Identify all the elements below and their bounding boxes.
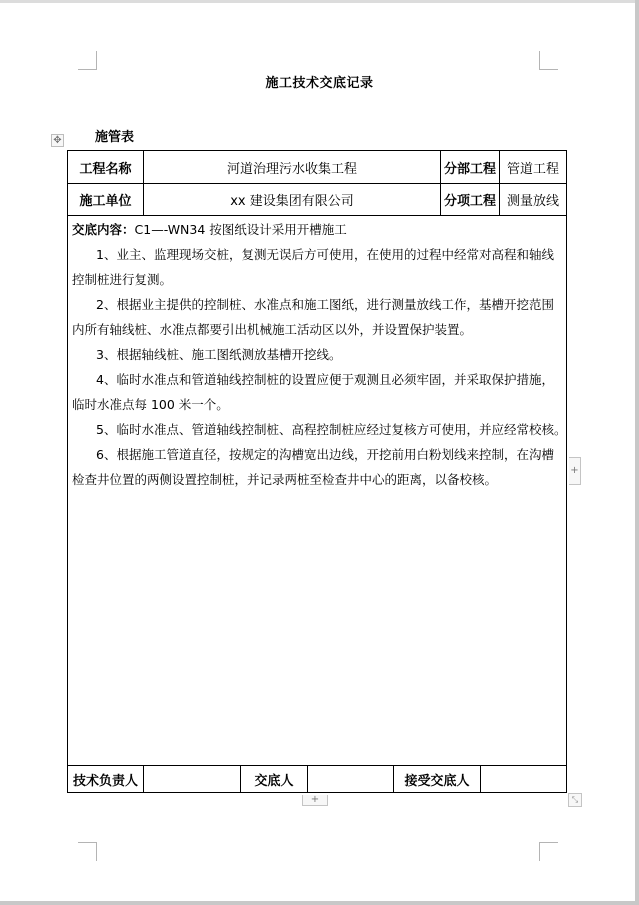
window-top-band	[0, 0, 639, 3]
project-name-label: 工程名称	[68, 151, 143, 183]
add-column-icon[interactable]: +	[569, 457, 581, 485]
discloser-field[interactable]	[308, 766, 393, 792]
page-shadow-right	[635, 0, 639, 905]
content-line: 内所有轴线桩、水准点都要引出机械施工活动区以外，并设置保护装置。	[72, 317, 564, 342]
content-line: 检查井位置的两侧设置控制桩，并记录两桩至检查井中心的距离，以备校核。	[72, 467, 564, 492]
content-line: 控制桩进行复测。	[72, 267, 564, 292]
content-label: 交底内容：	[72, 222, 135, 237]
content-heading-line: 交底内容：C1—-WN34 按图纸设计采用开槽施工	[72, 217, 564, 242]
document-title: 施工技术交底记录	[0, 72, 639, 91]
subdivision-label: 分项工程	[441, 184, 499, 215]
content-line: 1、业主、监理现场交桩，复测无误后方可使用，在使用的过程中经常对高程和轴线	[72, 242, 564, 267]
content-line: 3、根据轴线桩、施工图纸测放基槽开挖线。	[72, 342, 564, 367]
margin-corner-top-right	[539, 51, 558, 70]
subdivision-value[interactable]: 测量放线	[500, 184, 566, 215]
content-line: 4、临时水准点和管道轴线控制桩的设置应便于观测且必须牢固，并采取保护措施，	[72, 367, 564, 392]
margin-corner-top-left	[78, 51, 97, 70]
contractor-label: 施工单位	[68, 184, 143, 215]
discloser-label: 交底人	[241, 766, 307, 792]
margin-corner-bottom-left	[78, 842, 97, 861]
content-heading: C1—-WN34 按图纸设计采用开槽施工	[135, 222, 347, 237]
contractor-value[interactable]: xx 建设集团有限公司	[144, 184, 440, 215]
table-resize-icon[interactable]: ⤡	[568, 793, 582, 807]
content-line: 5、临时水准点、管道轴线控制桩、高程控制桩应经过复核方可使用，并应经常校核。	[72, 417, 564, 442]
project-name-value[interactable]: 河道治理污水收集工程	[144, 151, 440, 183]
content-line: 临时水准点每 100 米一个。	[72, 392, 564, 417]
table-caption: 施管表	[95, 126, 134, 145]
content-line: 2、根据业主提供的控制桩、水准点和施工图纸，进行测量放线工作，基槽开挖范围	[72, 292, 564, 317]
tech-lead-field[interactable]	[144, 766, 240, 792]
add-row-icon[interactable]: +	[302, 795, 328, 806]
page-shadow-bottom	[0, 901, 639, 905]
receiver-label: 接受交底人	[394, 766, 480, 792]
division-label: 分部工程	[441, 151, 499, 183]
disclosure-content[interactable]: 交底内容：C1—-WN34 按图纸设计采用开槽施工 1、业主、监理现场交桩，复测…	[72, 217, 564, 492]
division-value[interactable]: 管道工程	[500, 151, 566, 183]
row-divider	[67, 215, 567, 216]
content-line: 6、根据施工管道直径，按规定的沟槽宽出边线，开挖前用白粉划线来控制，在沟槽	[72, 442, 564, 467]
receiver-field[interactable]	[481, 766, 566, 792]
margin-corner-bottom-right	[539, 842, 558, 861]
tech-lead-label: 技术负责人	[68, 766, 143, 792]
table-move-handle-icon[interactable]: ✥	[51, 134, 64, 147]
